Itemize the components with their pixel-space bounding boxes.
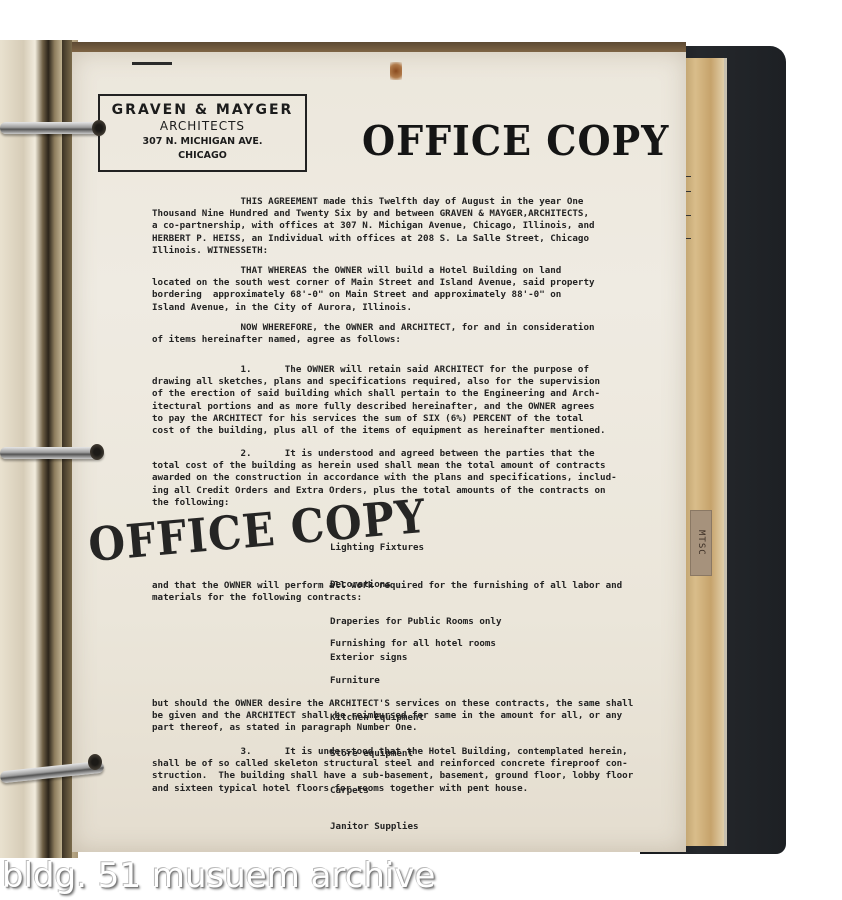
pencil-dash-mark: [132, 62, 172, 65]
agreement-preamble: THIS AGREEMENT made this Twelfth day of …: [152, 196, 595, 257]
binder-ring-top[interactable]: [0, 122, 104, 134]
punch-hole-icon: [92, 120, 106, 136]
clause-3: 3. It is understood that the Hotel Build…: [152, 746, 633, 795]
aged-page-stack: [680, 58, 727, 846]
watermark-text: bldg. 51 musuem archive: [2, 856, 435, 896]
firm-address: 307 N. MICHIGAN AVE.: [100, 136, 305, 147]
list-item: Janitor Supplies: [330, 821, 496, 833]
firm-city: CHICAGO: [100, 150, 305, 161]
list-item: Furniture: [330, 675, 496, 687]
list-item: Furnishing for all hotel rooms: [330, 638, 496, 650]
letterhead-box: GRAVEN & MAYGER ARCHITECTS 307 N. MICHIG…: [98, 94, 307, 172]
index-tab-label: MTSC: [696, 530, 706, 556]
firm-subtitle: ARCHITECTS: [100, 119, 305, 133]
whereas-paragraph: THAT WHEREAS the OWNER will build a Hote…: [152, 265, 595, 314]
office-copy-stamp-top: OFFICE COPY: [362, 116, 669, 165]
owner-work-paragraph: and that the OWNER will perform all work…: [152, 580, 622, 604]
firm-name: GRAVEN & MAYGER: [100, 102, 305, 118]
index-tab[interactable]: MTSC: [690, 510, 712, 576]
list-item: Lighting Fixtures: [330, 542, 501, 554]
punch-hole-icon: [90, 444, 104, 460]
owner-proviso-paragraph: but should the OWNER desire the ARCHITEC…: [152, 698, 633, 735]
wherefore-paragraph: NOW WHEREFORE, the OWNER and ARCHITECT, …: [152, 322, 595, 346]
binder-ring-middle[interactable]: [0, 447, 104, 459]
clause-1: 1. The OWNER will retain said ARCHITECT …: [152, 364, 606, 437]
punch-hole-icon: [88, 754, 102, 770]
rust-stain: [390, 62, 402, 80]
